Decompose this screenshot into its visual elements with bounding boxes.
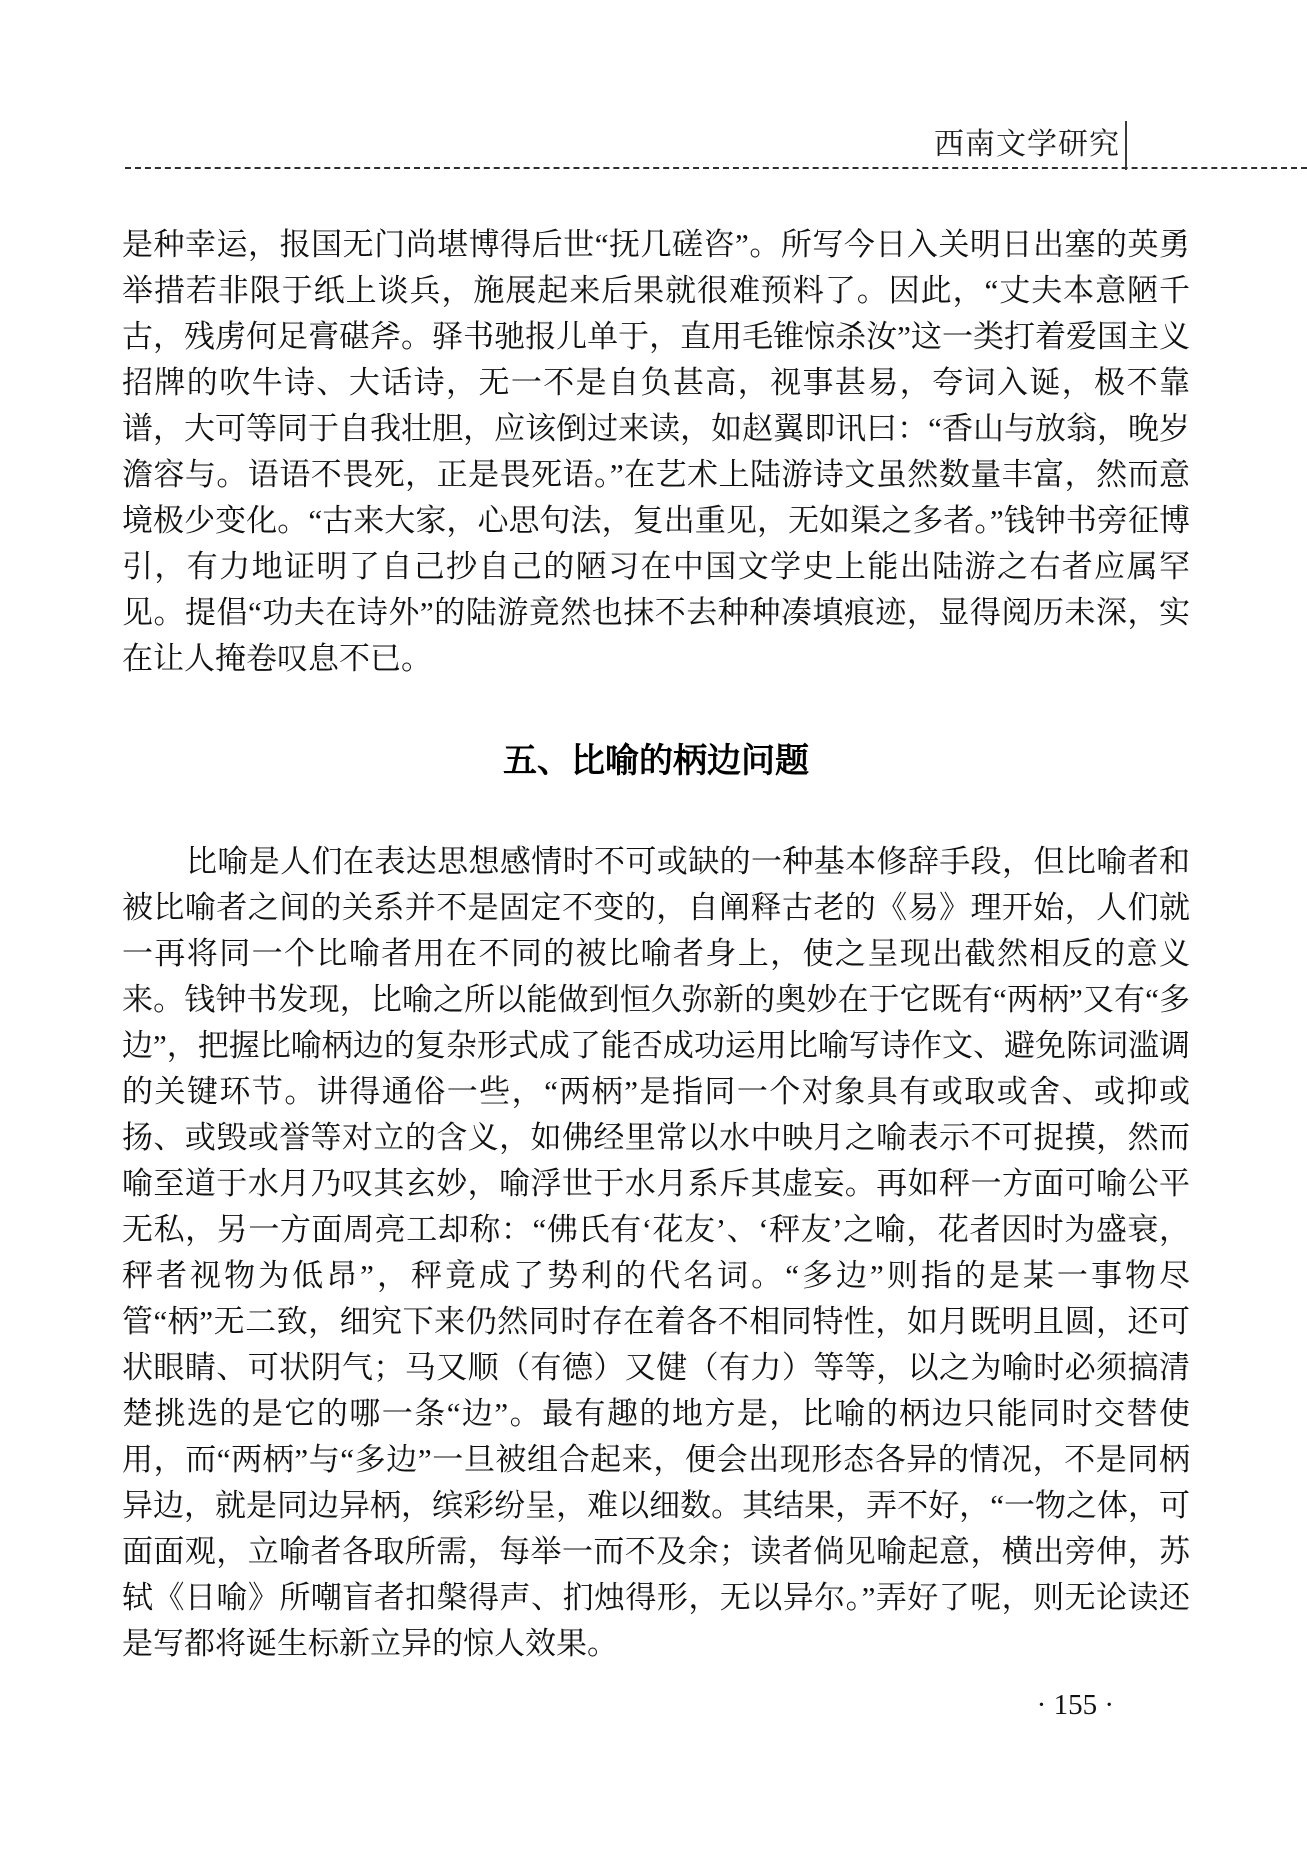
header-vertical-rule [1125, 121, 1127, 170]
body-paragraph-1: 是种幸运，报国无门尚堪博得后世“抚几磋咨”。所写今日入关明日出塞的英勇举措若非限… [122, 222, 1190, 682]
page-number: · 155 · [0, 1688, 1114, 1722]
section-heading: 五、比喻的柄边问题 [122, 738, 1190, 784]
header-dashed-rule [125, 167, 1307, 169]
text-column: 是种幸运，报国无门尚堪博得后世“抚几磋咨”。所写今日入关明日出塞的英勇举措若非限… [122, 222, 1190, 1667]
running-head-journal-title: 西南文学研究 [0, 124, 1120, 166]
body-paragraph-2: 比喻是人们在表达思想感情时不可或缺的一种基本修辞手段，但比喻者和被比喻者之间的关… [122, 839, 1190, 1667]
book-page: 西南文学研究 是种幸运，报国无门尚堪博得后世“抚几磋咨”。所写今日入关明日出塞的… [0, 0, 1307, 1859]
